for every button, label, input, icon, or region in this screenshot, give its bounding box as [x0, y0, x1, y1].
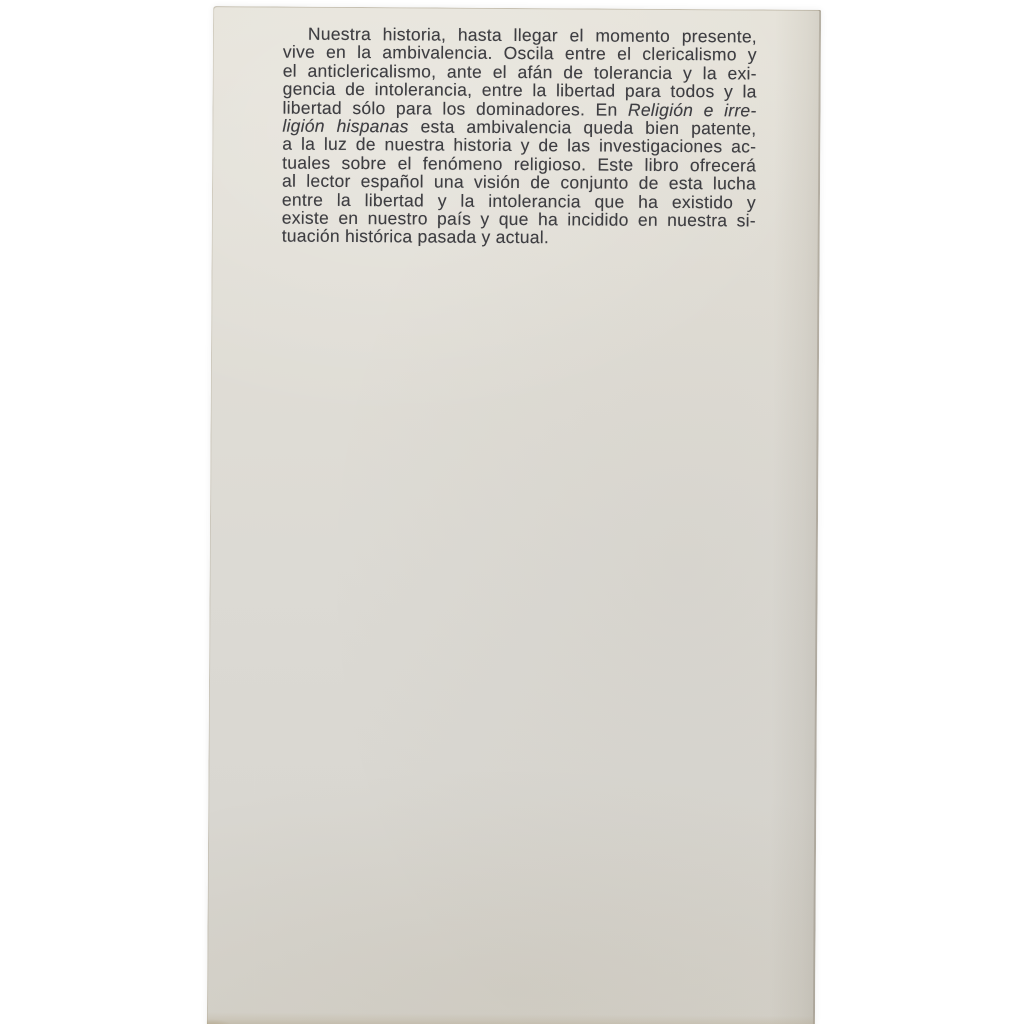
- book-back-cover: Nuestra historia, hasta llegar el moment…: [207, 6, 821, 1024]
- worn-bottom-left-corner: [207, 1016, 241, 1024]
- back-cover-blurb: Nuestra historia, hasta llegar el moment…: [282, 25, 757, 249]
- worn-bottom-edge: [207, 1012, 815, 1024]
- blurb-line-12: tuación histórica pasada y actual.: [282, 227, 756, 248]
- paper-shading-band: [769, 10, 821, 1024]
- photo-background: Nuestra historia, hasta llegar el moment…: [0, 0, 1024, 1024]
- blurb-text-segment: tuación histórica pasada y actual.: [282, 226, 549, 248]
